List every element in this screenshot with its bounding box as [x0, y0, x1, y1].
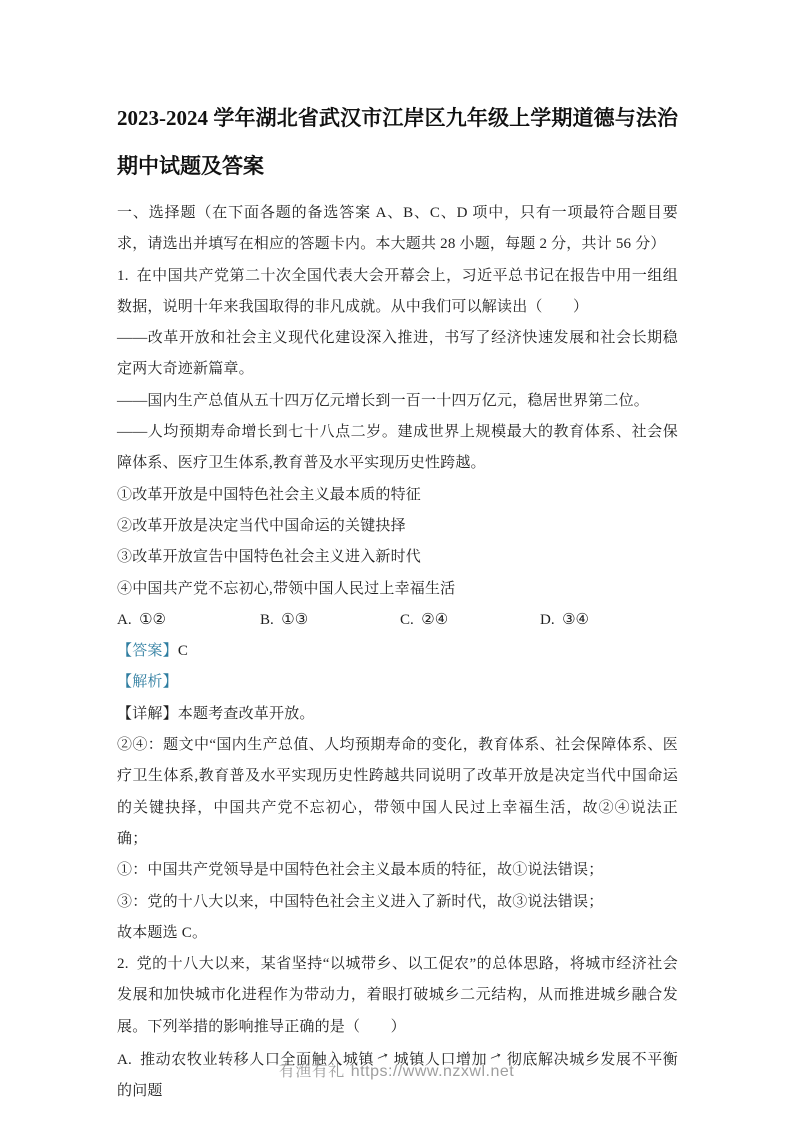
answer-line: 【答案】C [117, 636, 678, 667]
footer-site-label: 有渔有礼 [279, 1063, 345, 1080]
analysis-label: 【解析】 [117, 674, 178, 690]
option-d: D. ③④ [540, 605, 589, 636]
explanation-paragraph-3: ③：党的十八大以来，中国特色社会主义进入了新时代，故③说法错误； [117, 887, 678, 918]
question1-choice-2: ②改革开放是决定当代中国命运的关键抉择 [117, 511, 678, 542]
question1-material-3: ——人均预期寿命增长到七十八点二岁。建成世界上规模最大的教育体系、社会保障体系、… [117, 417, 678, 480]
question2-stem: 2. 党的十八大以来，某省坚持“以城带乡、以工促农”的总体思路，将城市经济社会发… [117, 949, 678, 1043]
question1-choice-1: ①改革开放是中国特色社会主义最本质的特征 [117, 480, 678, 511]
question1-material-1: ——改革开放和社会主义现代化建设深入推进，书写了经济快速发展和社会长期稳定两大奇… [117, 323, 678, 386]
question1-choice-4: ④中国共产党不忘初心,带领中国人民过上幸福生活 [117, 574, 678, 605]
explanation-paragraph-1: ②④：题文中“国内生产总值、人均预期寿命的变化，教育体系、社会保障体系、医疗卫生… [117, 730, 678, 855]
footer-link[interactable]: https://www.nzxwl.net [351, 1063, 514, 1080]
option-a: A. ①② [117, 605, 260, 636]
explanation-conclusion: 故本题选 C。 [117, 918, 678, 949]
explanation-paragraph-2: ①：中国共产党领导是中国特色社会主义最本质的特征，故①说法错误； [117, 855, 678, 886]
answer-label: 【答案】 [117, 643, 178, 659]
section-instructions: 一、选择题（在下面各题的备选答案 A、B、C、D 项中，只有一项最符合题目要求，… [117, 198, 678, 261]
option-c: C. ②④ [400, 605, 540, 636]
analysis-line: 【解析】 [117, 667, 678, 698]
option-b: B. ①③ [260, 605, 400, 636]
question1-options: A. ①②B. ①③C. ②④D. ③④ [117, 605, 678, 636]
question1-stem: 1. 在中国共产党第二十次全国代表大会开幕会上，习近平总书记在报告中用一组组数据… [117, 261, 678, 324]
question1-material-2: ——国内生产总值从五十四万亿元增长到一百一十四万亿元，稳居世界第二位。 [117, 386, 678, 417]
page-footer: 有渔有礼https://www.nzxwl.net [0, 1058, 793, 1081]
question1-choice-3: ③改革开放宣告中国特色社会主义进入新时代 [117, 542, 678, 573]
page-title: 2023-2024 学年湖北省武汉市江岸区九年级上学期道德与法治期中试题及答案 [117, 94, 678, 190]
detail-line: 【详解】本题考查改革开放。 [117, 699, 678, 730]
answer-value: C [178, 643, 188, 659]
document-page: 2023-2024 学年湖北省武汉市江岸区九年级上学期道德与法治期中试题及答案 … [0, 0, 793, 1122]
